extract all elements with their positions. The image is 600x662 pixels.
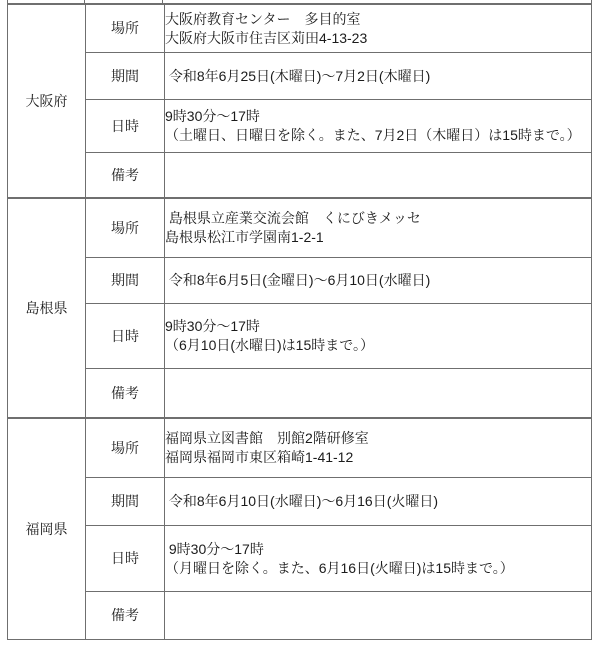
- place-line: 大阪府教育センター 多目的室: [165, 10, 591, 29]
- period-value: 令和8年6月5日(金曜日)～6月10日(水曜日): [165, 258, 592, 304]
- hours-value: 9時30分～17時（6月10日(水曜日)は15時まで。）: [165, 304, 592, 369]
- table-row: 備考: [8, 369, 592, 418]
- period-value: 令和8年6月25日(木曜日)～7月2日(木曜日): [165, 53, 592, 100]
- hours-line: 9時30分～17時: [165, 317, 591, 336]
- row-label-period: 期間: [86, 478, 165, 526]
- period-value: 令和8年6月10日(水曜日)～6月16日(火曜日): [165, 478, 592, 526]
- table-row: 大阪府 場所 大阪府教育センター 多目的室大阪府大阪市住吉区苅田4-13-23: [8, 5, 592, 53]
- table-row: 期間 令和8年6月25日(木曜日)～7月2日(木曜日): [8, 53, 592, 100]
- fragment-cell: [85, 0, 163, 3]
- hours-line: （6月10日(水曜日)は15時まで。）: [165, 336, 591, 355]
- place-value: 島根県立産業交流会館 くにびきメッセ島根県松江市学園南1-2-1: [165, 199, 592, 258]
- place-line: 島根県松江市学園南1-2-1: [165, 228, 591, 247]
- fragment-cell: [8, 0, 85, 3]
- hours-value: 9時30分～17時（土曜日、日曜日を除く。また、7月2日（木曜日）は15時まで。…: [165, 100, 592, 153]
- venue-table-shimane: 島根県 場所 島根県立産業交流会館 くにびきメッセ島根県松江市学園南1-2-1 …: [7, 198, 592, 418]
- page: 大阪府 場所 大阪府教育センター 多目的室大阪府大阪市住吉区苅田4-13-23 …: [0, 0, 600, 662]
- prefecture-cell: 大阪府: [8, 5, 86, 198]
- place-value: 大阪府教育センター 多目的室大阪府大阪市住吉区苅田4-13-23: [165, 5, 592, 53]
- venue-table-osaka: 大阪府 場所 大阪府教育センター 多目的室大阪府大阪市住吉区苅田4-13-23 …: [7, 4, 592, 198]
- remarks-value: [165, 153, 592, 198]
- remarks-value: [165, 369, 592, 418]
- venue-table-fukuoka: 福岡県 場所 福岡県立図書館 別館2階研修室福岡県福岡市東区箱崎1-41-12 …: [7, 418, 592, 640]
- place-line: 大阪府大阪市住吉区苅田4-13-23: [165, 29, 591, 48]
- remarks-value: [165, 592, 592, 640]
- row-label-remarks: 備考: [86, 153, 165, 198]
- table-row: 福岡県 場所 福岡県立図書館 別館2階研修室福岡県福岡市東区箱崎1-41-12: [8, 419, 592, 478]
- prefecture-cell: 福岡県: [8, 419, 86, 640]
- hours-line: （土曜日、日曜日を除く。また、7月2日（木曜日）は15時まで。）: [165, 126, 591, 145]
- table-row: 日時 9時30分～17時（6月10日(水曜日)は15時まで。）: [8, 304, 592, 369]
- row-label-remarks: 備考: [86, 592, 165, 640]
- hours-line: 9時30分～17時: [165, 540, 591, 559]
- prefecture-cell: 島根県: [8, 199, 86, 418]
- hours-line: 9時30分～17時: [165, 107, 591, 126]
- hours-line: （月曜日を除く。また、6月16日(火曜日)は15時まで。）: [165, 559, 591, 578]
- table-row: 日時 9時30分～17時（月曜日を除く。また、6月16日(火曜日)は15時まで。…: [8, 526, 592, 592]
- table-row: 備考: [8, 592, 592, 640]
- table-row: 期間 令和8年6月10日(水曜日)～6月16日(火曜日): [8, 478, 592, 526]
- table-row: 島根県 場所 島根県立産業交流会館 くにびきメッセ島根県松江市学園南1-2-1: [8, 199, 592, 258]
- row-label-place: 場所: [86, 199, 165, 258]
- row-label-place: 場所: [86, 5, 165, 53]
- place-line: 福岡県立図書館 別館2階研修室: [165, 429, 591, 448]
- table-row: 備考: [8, 153, 592, 198]
- row-label-hours: 日時: [86, 304, 165, 369]
- row-label-hours: 日時: [86, 526, 165, 592]
- place-line: 島根県立産業交流会館 くにびきメッセ: [165, 209, 591, 228]
- fragment-cell: [163, 0, 591, 3]
- table-row: 期間 令和8年6月5日(金曜日)～6月10日(水曜日): [8, 258, 592, 304]
- place-line: 福岡県福岡市東区箱崎1-41-12: [165, 448, 591, 467]
- place-value: 福岡県立図書館 別館2階研修室福岡県福岡市東区箱崎1-41-12: [165, 419, 592, 478]
- row-label-period: 期間: [86, 53, 165, 100]
- row-label-place: 場所: [86, 419, 165, 478]
- table-row: 日時 9時30分～17時（土曜日、日曜日を除く。また、7月2日（木曜日）は15時…: [8, 100, 592, 153]
- row-label-hours: 日時: [86, 100, 165, 153]
- row-label-period: 期間: [86, 258, 165, 304]
- hours-value: 9時30分～17時（月曜日を除く。また、6月16日(火曜日)は15時まで。）: [165, 526, 592, 592]
- row-label-remarks: 備考: [86, 369, 165, 418]
